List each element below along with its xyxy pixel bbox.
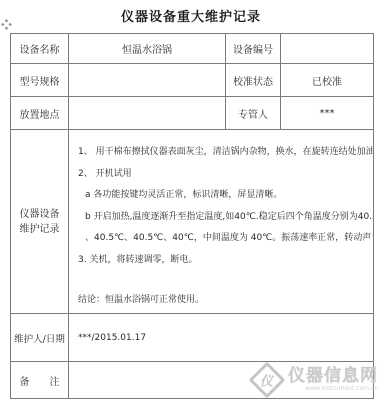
location-value (69, 97, 226, 130)
maintenance-step-3: 3. 关机，将转速调零，断电。 (78, 250, 373, 272)
watermark-site-url: www.instrument.com.cn (305, 385, 378, 393)
watermark-text-block: 仪器信息网 www.instrument.com.cn (288, 367, 378, 393)
calibration-status-label: 校准状态 (226, 64, 281, 97)
maintenance-record-label-line1: 仪器设备 (11, 207, 68, 222)
maintenance-step-1: 1、 用干棉布擦拭仪器表面灰尘，清洁锅内杂物，换水，在旋转连结处加油。 (78, 142, 373, 164)
instrument-logo-icon: 仪 (249, 362, 286, 399)
calibration-status-value: 已校准 (281, 64, 374, 97)
equipment-name-label: 设备名称 (11, 34, 69, 64)
table-row: 仪器设备 维护记录 1、 用干棉布擦拭仪器表面灰尘，清洁锅内杂物，换水，在旋转连… (11, 130, 374, 314)
table-row: 设备名称 恒温水浴锅 设备编号 (11, 34, 374, 64)
maintenance-step-2b-cont: 、40.5℃、40.5℃、40℃，中间温度为 40℃。振荡速率正常，转动声音正常… (78, 228, 373, 250)
equipment-number-value (281, 34, 374, 64)
maintainer-date-value: ***/2015.01.17 (69, 314, 374, 362)
watermark-site-name: 仪器信息网 (288, 367, 378, 385)
page-title: 仪器设备重大维护记录 (0, 6, 382, 25)
table-move-handle-icon (1, 19, 12, 30)
table-row: 放置地点 专管人 *** (11, 97, 374, 130)
maintenance-conclusion: 结论：恒温水浴锅可正常使用。 (78, 290, 373, 312)
maintenance-step-2b: b 开启加热,温度逐渐升至指定温度,如40℃.稳定后四个角温度分别为40.5℃, (78, 207, 373, 229)
maintenance-step-2a: a 各功能按键均灵活正常，标识清晰，屏显清晰。 (78, 185, 373, 207)
maintenance-step-2: 2、 开机试用 (78, 164, 373, 186)
table-row: 维护人/日期 ***/2015.01.17 (11, 314, 374, 362)
maintainer-date-label: 维护人/日期 (11, 314, 69, 362)
table-row: 型号规格 校准状态 已校准 (11, 64, 374, 97)
custodian-value: *** (281, 97, 374, 130)
maintenance-record-label: 仪器设备 维护记录 (11, 130, 69, 314)
model-spec-label: 型号规格 (11, 64, 69, 97)
custodian-label: 专管人 (226, 97, 281, 130)
maintenance-record-label-line2: 维护记录 (11, 222, 68, 237)
document-page: 仪器设备重大维护记录 设备名称 恒温水浴锅 设备编号 型号规格 校准状态 已校准… (0, 0, 382, 400)
maintenance-record-content: 1、 用干棉布擦拭仪器表面灰尘，清洁锅内杂物，换水，在旋转连结处加油。 2、 开… (69, 130, 374, 314)
instrument-logo-glyph: 仪 (260, 370, 273, 389)
model-spec-value (69, 64, 226, 97)
instrument-info-watermark: 仪 仪器信息网 www.instrument.com.cn (250, 363, 378, 397)
remarks-label: 备 注 (11, 362, 69, 399)
equipment-number-label: 设备编号 (226, 34, 281, 64)
maintenance-record-table: 设备名称 恒温水浴锅 设备编号 型号规格 校准状态 已校准 放置地点 专管人 *… (10, 33, 374, 399)
equipment-name-value: 恒温水浴锅 (69, 34, 226, 64)
location-label: 放置地点 (11, 97, 69, 130)
